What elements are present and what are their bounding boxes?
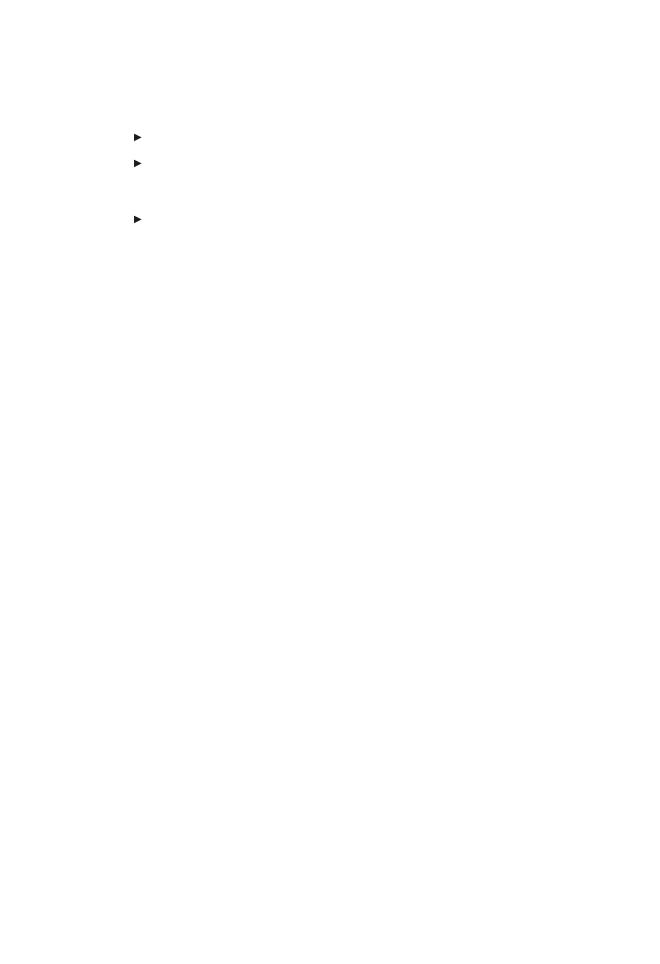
bullet-triangle-icon: ▶ bbox=[134, 207, 148, 233]
example-item: ▶ bbox=[134, 206, 148, 232]
book-page: ▶ ▶ ▶ bbox=[0, 0, 660, 964]
bullet-triangle-icon: ▶ bbox=[134, 125, 148, 151]
example-item: ▶ bbox=[134, 150, 148, 176]
bullet-triangle-icon: ▶ bbox=[134, 151, 148, 177]
example-item: ▶ bbox=[134, 124, 148, 150]
